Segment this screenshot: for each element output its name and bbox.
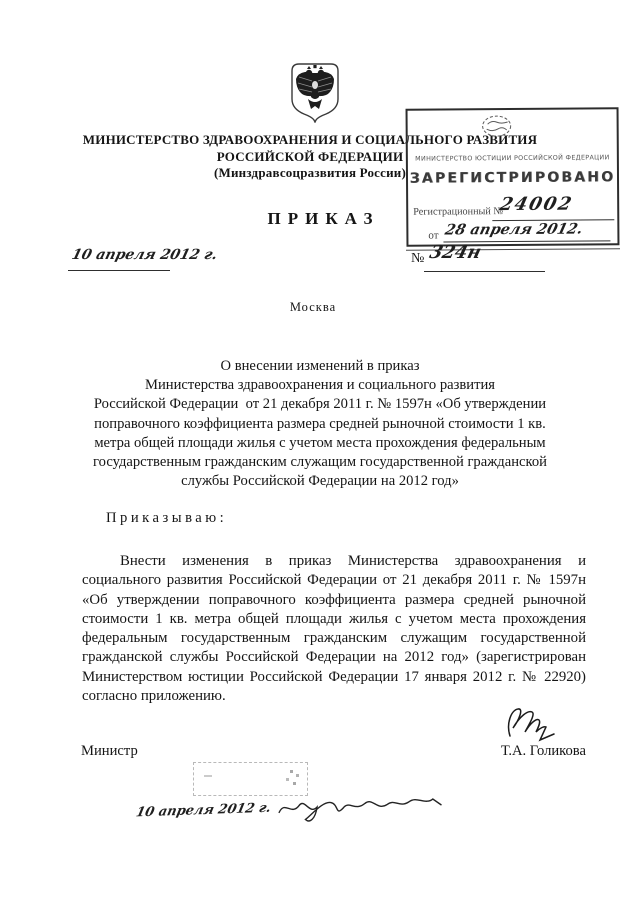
resolve-word: Приказываю: (106, 510, 227, 527)
subject-line: Российской Федерации от 21 декабря 2011 … (74, 395, 566, 414)
stamp-date-value: 28 апреля 2012. (445, 221, 582, 239)
city-label: Москва (0, 300, 626, 315)
stamp-emblem-icon (480, 112, 514, 140)
subject-line: государственным гражданским служащим гос… (74, 453, 566, 472)
subject-line: метра общей площади жилья с учетом места… (74, 434, 566, 453)
subject-line: Министерства здравоохранения и социально… (74, 376, 566, 395)
document-date-field: 10 апреля 2012 г. (72, 247, 217, 263)
document-page: МИНИСТЕРСТВО ЗДРАВООХРАНЕНИЯ И СОЦИАЛЬНО… (0, 0, 640, 905)
signer-position-title: Министр (81, 743, 138, 760)
stamp-authority-text: МИНИСТЕРСТВО ЮСТИЦИИ РОССИЙСКОЙ ФЕДЕРАЦИ… (408, 153, 617, 162)
subject-line: службы Российской Федерации на 2012 год» (74, 472, 566, 491)
document-number-underline (424, 271, 545, 272)
subject-line: поправочного коэффициента размера средне… (74, 415, 566, 434)
stamp-speck (204, 775, 212, 777)
stamp-speck (290, 770, 293, 773)
stamp-reg-number-value: 24002 (500, 194, 573, 216)
stamp-reg-number-label: Регистрационный № (413, 206, 503, 218)
document-number-sign: № (411, 251, 424, 267)
order-paragraph: Внести изменения в приказ Министерства з… (82, 552, 586, 706)
signer-name: Т.А. Голикова (420, 743, 586, 760)
stamp-registered-text: ЗАРЕГИСТРИРОВАНО (408, 169, 617, 186)
document-subject: О внесении изменений в приказ Министерст… (74, 357, 566, 491)
note-signature-scribble (274, 785, 445, 825)
minister-signature (498, 704, 556, 744)
subject-line: О внесении изменений в приказ (74, 357, 566, 376)
russian-coat-of-arms-icon (288, 61, 342, 123)
registration-stamp: МИНИСТЕРСТВО ЮСТИЦИИ РОССИЙСКОЙ ФЕДЕРАЦИ… (406, 107, 620, 246)
document-date-underline (68, 270, 170, 271)
handwritten-note: 10 апреля 2012 г. (136, 785, 446, 830)
note-date: 10 апреля 2012 г. (136, 800, 271, 820)
document-number-field: 324н (430, 242, 481, 263)
stamp-date-prefix: от (428, 230, 438, 242)
